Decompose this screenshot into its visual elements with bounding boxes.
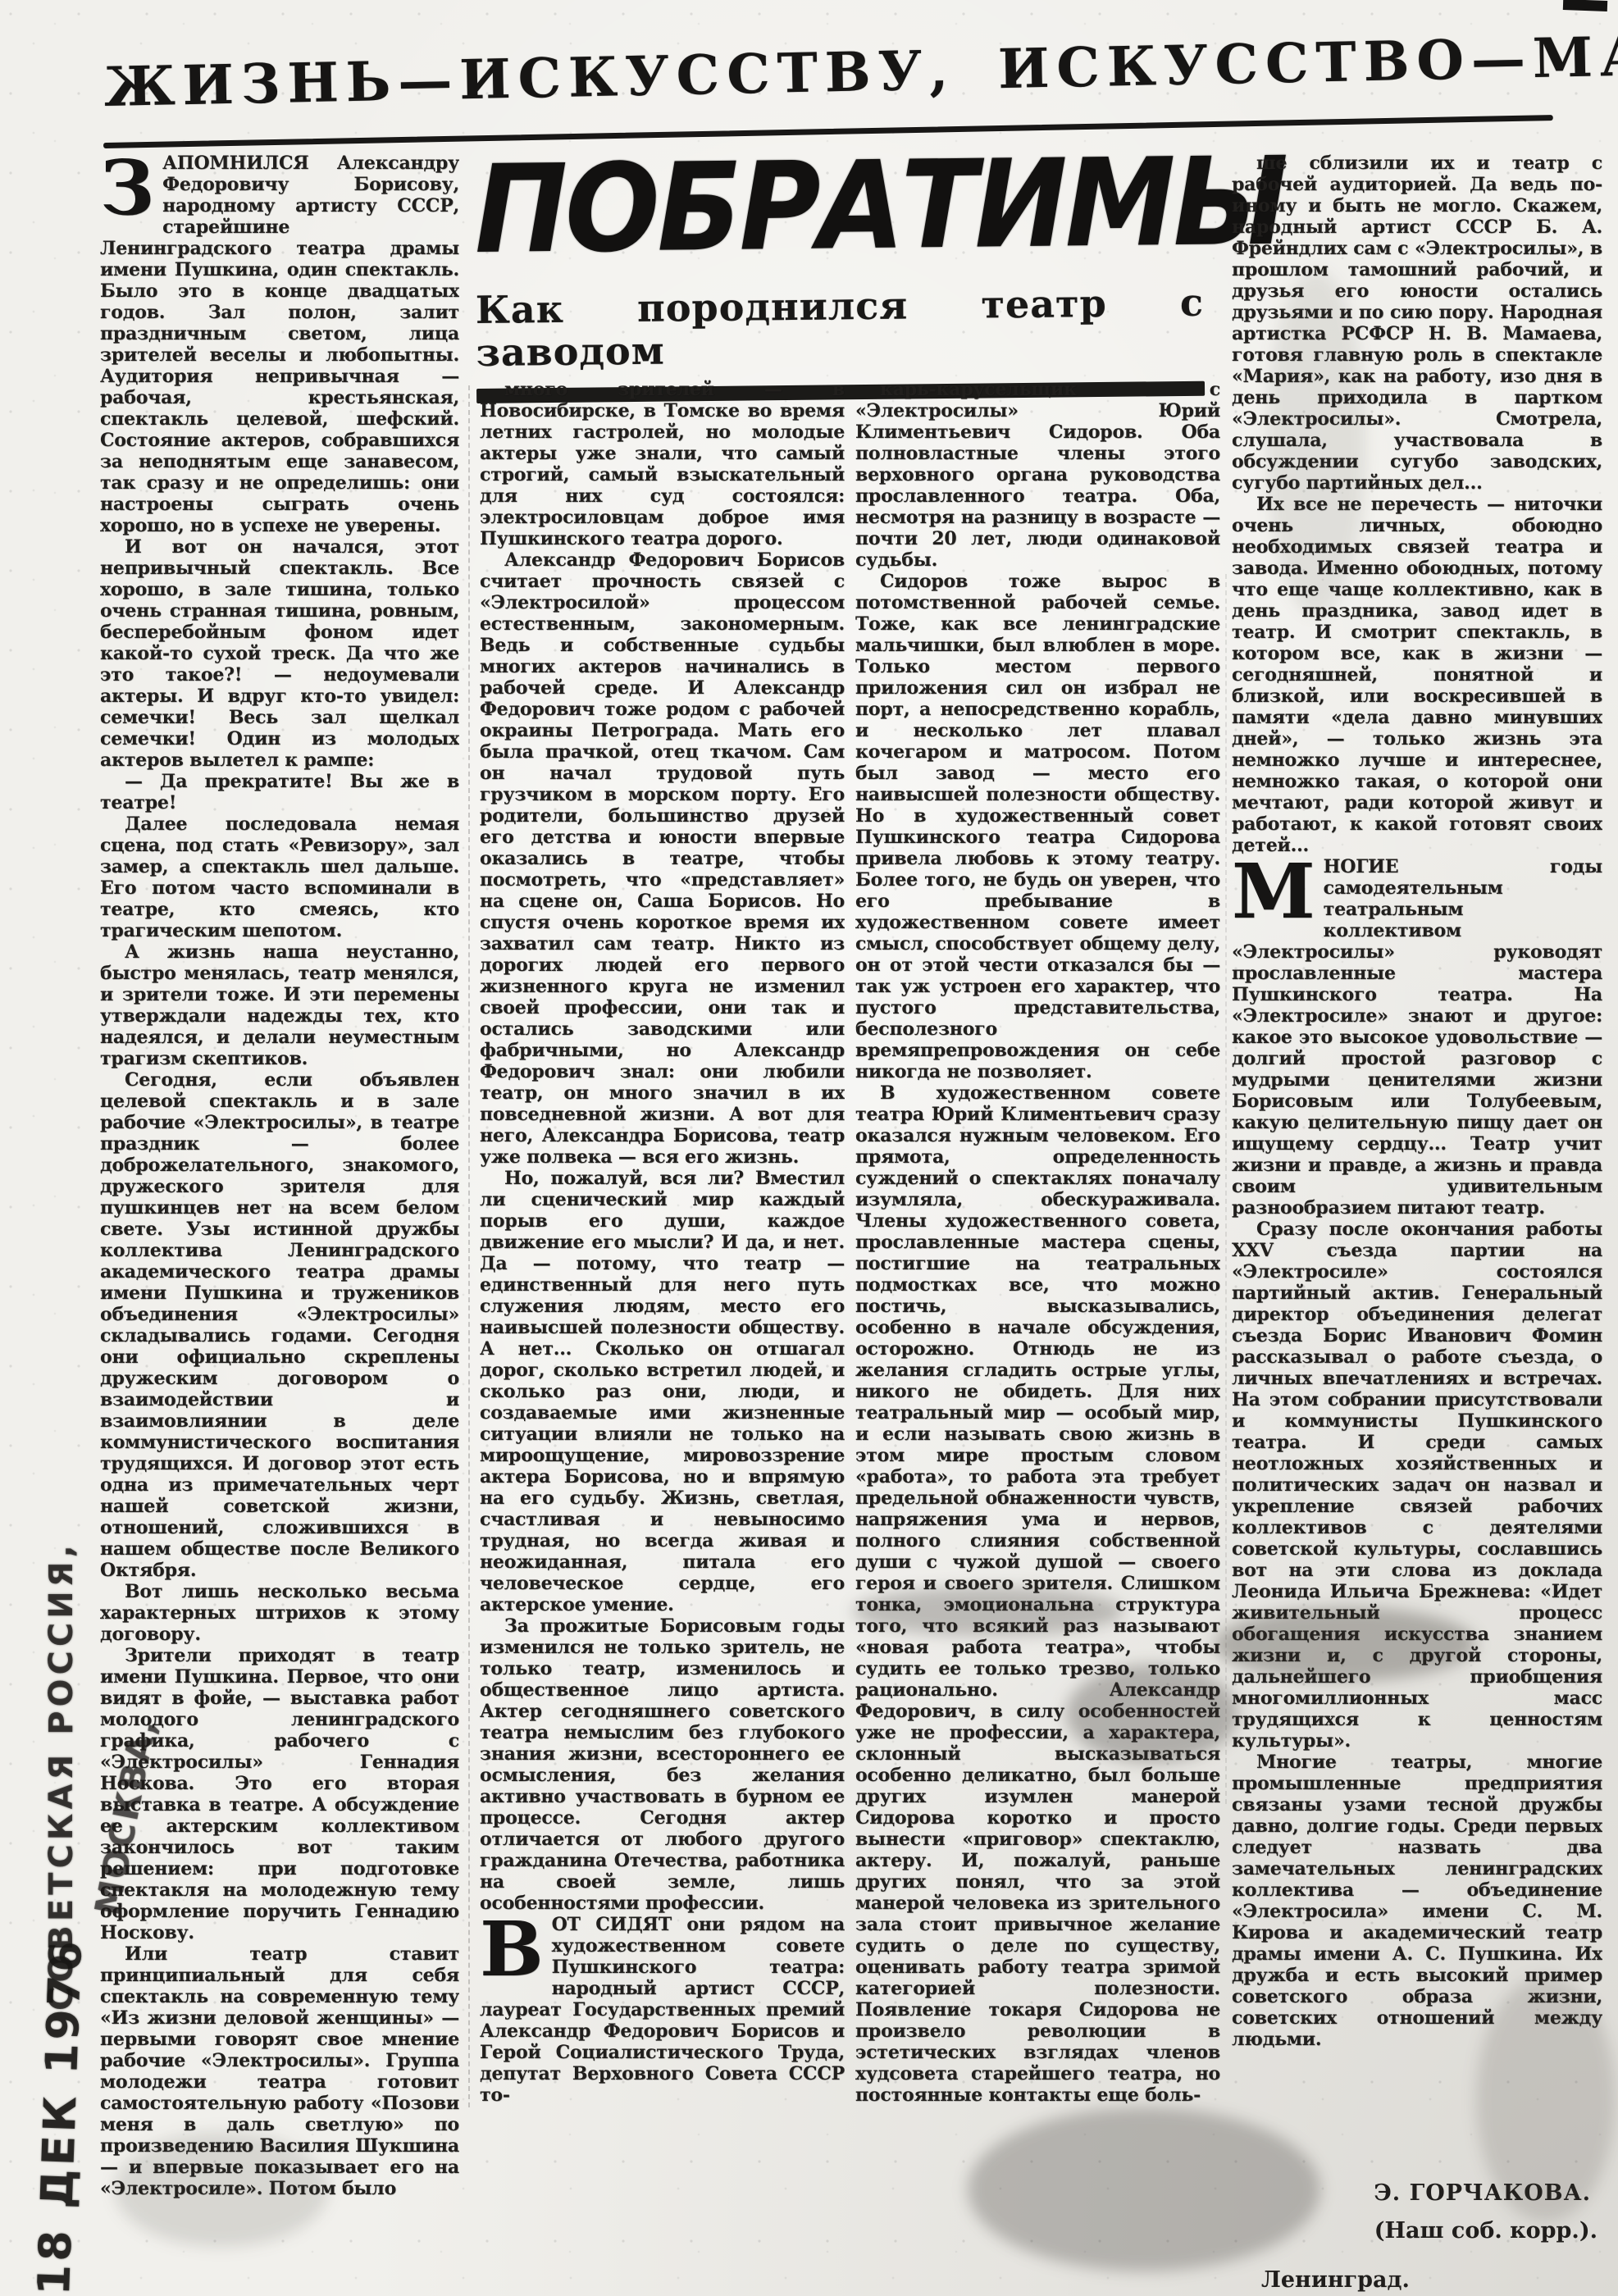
article-paragraph: карь-карусельщик с «Электросилы» Юрий Кл…: [855, 379, 1220, 571]
article-paragraph: Но, пожалуй, вся ли? Вместил ли сценичес…: [480, 1168, 845, 1615]
article-title: ПОБРАТИМЫ: [474, 145, 1145, 267]
article-paragraph: А жизнь наша неустанно, быстро менялась,…: [100, 941, 459, 1069]
article-paragraph: МНОГИЕ годы самодеятельным театральным к…: [1232, 856, 1602, 1219]
article-paragraph: Сегодня, если объявлен целевой спектакль…: [100, 1069, 459, 1581]
article-paragraph: — Да прекратите! Вы же в театре!: [100, 771, 459, 813]
signature-city: Ленинград.: [1232, 2262, 1602, 2296]
article-subtitle: Как породнился театр с заводом: [476, 281, 1205, 374]
article-paragraph: ВОТ СИДЯТ они рядом на художественном со…: [480, 1914, 845, 2106]
signature-role: (Наш соб. корр.).: [1232, 2212, 1602, 2250]
article-column-4: ше сблизили их и театр с рабочей аудитор…: [1232, 153, 1602, 2166]
corner-mark: [1563, 0, 1607, 11]
signature-author: Э. ГОРЧАКОВА.: [1232, 2175, 1602, 2212]
article-paragraph: В художественном совете театра Юрий Клим…: [855, 1082, 1220, 2106]
article-paragraph: Александр Федорович Борисов считает проч…: [480, 549, 845, 1168]
article-column-3: карь-карусельщик с «Электросилы» Юрий Кл…: [855, 379, 1220, 2289]
article-paragraph: Далее последовала немая сцена, под стать…: [100, 813, 459, 941]
masthead-headline: ЖИЗНЬ—ИСКУССТВУ, ИСКУССТВО—МАССАМ: [103, 16, 1581, 128]
drop-cap: М: [1232, 856, 1324, 922]
gutter-rule: [1225, 574, 1227, 1804]
article-title-block: ПОБРАТИМЫ Как породнился театр с заводом: [474, 145, 1205, 403]
article-signature: Э. ГОРЧАКОВА. (Наш соб. корр.). Ленингра…: [1232, 2175, 1602, 2296]
article-paragraph: Многие театры, многие промышленные предп…: [1232, 1752, 1602, 2050]
article-column-1: ЗАПОМНИЛСЯ Александру Федоровичу Борисов…: [100, 153, 459, 2288]
article-column-2: много зрителей — в Новосибирске, в Томск…: [480, 379, 845, 2289]
article-paragraph: Сидоров тоже вырос в потомственной рабоч…: [855, 571, 1220, 1082]
article-paragraph: За прожитые Борисовым годы изменился не …: [480, 1615, 845, 1914]
article-paragraph: ше сблизили их и театр с рабочей аудитор…: [1232, 153, 1602, 494]
newspaper-page: ЖИЗНЬ—ИСКУССТВУ, ИСКУССТВО—МАССАМ ПОБРАТ…: [0, 0, 1618, 2296]
article-paragraph: ЗАПОМНИЛСЯ Александру Федоровичу Борисов…: [100, 153, 459, 536]
article-paragraph: много зрителей — в Новосибирске, в Томск…: [480, 379, 845, 549]
drop-cap: В: [480, 1914, 552, 1979]
gutter-rule: [468, 385, 470, 2107]
article-paragraph: И вот он начался, этот непривычный спект…: [100, 536, 459, 771]
drop-cap: З: [100, 153, 162, 218]
article-paragraph: Вот лишь несколько весьма характерных шт…: [100, 1581, 459, 1645]
article-paragraph: Или театр ставит принципиальный для себя…: [100, 1943, 459, 2199]
article-paragraph: Сразу после окончания работы XXV съезда …: [1232, 1219, 1602, 1752]
article-paragraph: Зрители приходят в театр имени Пушкина. …: [100, 1645, 459, 1943]
stamp-date: 18 ДЕК 1976: [28, 1937, 92, 2296]
article-paragraph: Их все не перечесть — ниточки очень личн…: [1232, 494, 1602, 856]
